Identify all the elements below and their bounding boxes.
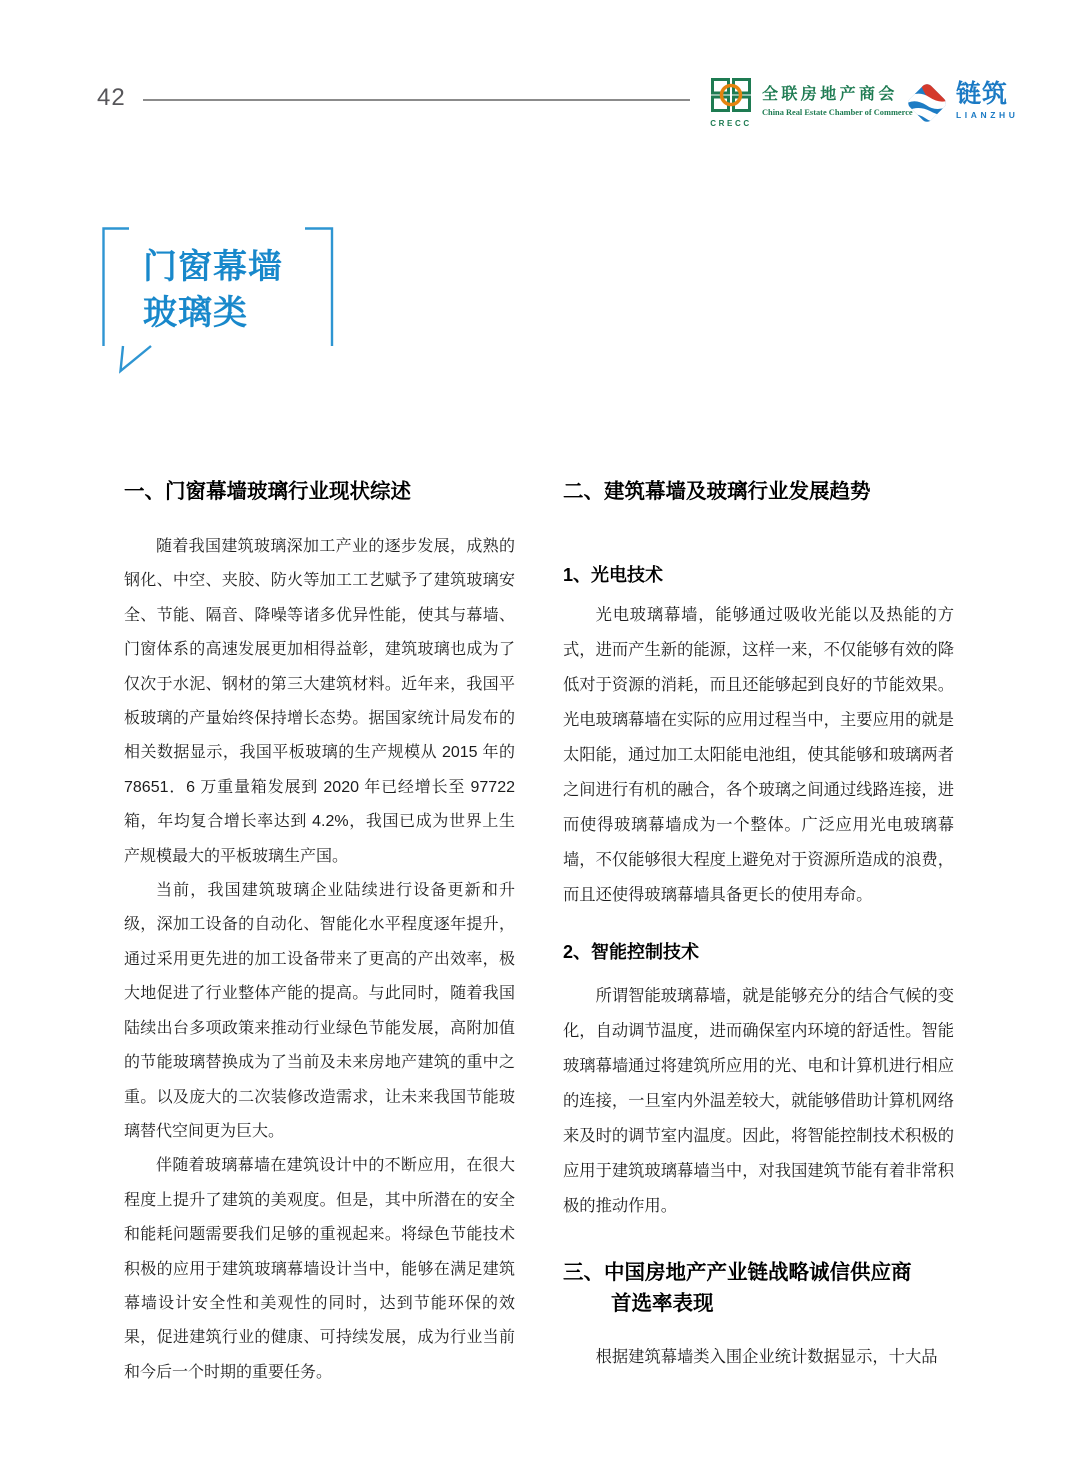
heading-3-line2: 首选率表现	[563, 1288, 954, 1319]
lianzhu-logo: 链筑 LIANZHU	[903, 79, 1019, 132]
section-title-line1: 门窗幕墙	[143, 244, 283, 290]
paragraph: 随着我国建筑玻璃深加工产业的逐步发展，成熟的钢化、中空、夹胶、防火等加工工艺赋予…	[124, 530, 515, 874]
heading-2: 二、建筑幕墙及玻璃行业发展趋势	[563, 477, 954, 506]
heading-3: 三、中国房地产产业链战略诚信供应商 首选率表现	[563, 1257, 954, 1319]
paragraph: 当前，我国建筑玻璃企业陆续进行设备更新和升级，深加工设备的自动化、智能化水平程度…	[124, 874, 515, 1149]
section-callout: 门窗幕墙 玻璃类	[102, 227, 334, 377]
heading-1: 一、门窗幕墙玻璃行业现状综述	[124, 477, 515, 506]
section-title-line2: 玻璃类	[143, 290, 283, 336]
report-page: 42 CRECC 全联房地产商会 China Real Estate Chamb…	[0, 0, 1075, 1459]
section-title: 门窗幕墙 玻璃类	[143, 244, 283, 336]
lianzhu-diamond-icon	[903, 79, 951, 132]
crecc-name-en: China Real Estate Chamber of Commerce	[762, 108, 913, 117]
page-number: 42	[97, 84, 126, 112]
crecc-name-cn: 全联房地产商会	[762, 81, 913, 104]
paragraph: 光电玻璃幕墙，能够通过吸收光能以及热能的方式，进而产生新的能源，这样一来，不仅能…	[563, 598, 954, 913]
paragraph: 根据建筑幕墙类入围企业统计数据显示，十大品	[563, 1340, 954, 1375]
subheading-photoelectric: 1、光电技术	[563, 563, 954, 588]
crecc-logo: CRECC 全联房地产商会 China Real Estate Chamber …	[708, 78, 913, 128]
lianzhu-name-en: LIANZHU	[956, 110, 1019, 120]
right-column: 二、建筑幕墙及玻璃行业发展趋势 1、光电技术 光电玻璃幕墙，能够通过吸收光能以及…	[563, 477, 954, 1375]
heading-3-line1: 三、中国房地产产业链战略诚信供应商	[563, 1257, 954, 1288]
paragraph: 所谓智能玻璃幕墙，就是能够充分的结合气候的变化，自动调节温度，进而确保室内环境的…	[563, 979, 954, 1224]
paragraph: 伴随着玻璃幕墙在建筑设计中的不断应用，在很大程度上提升了建筑的美观度。但是，其中…	[124, 1149, 515, 1390]
left-column: 一、门窗幕墙玻璃行业现状综述 随着我国建筑玻璃深加工产业的逐步发展，成熟的钢化、…	[124, 477, 515, 1390]
crecc-abbr: CRECC	[708, 119, 754, 128]
lianzhu-name-cn: 链筑	[956, 81, 1019, 108]
subheading-smart-control: 2、智能控制技术	[563, 940, 954, 965]
crecc-squares-icon	[711, 99, 751, 116]
header-rule	[143, 99, 690, 101]
